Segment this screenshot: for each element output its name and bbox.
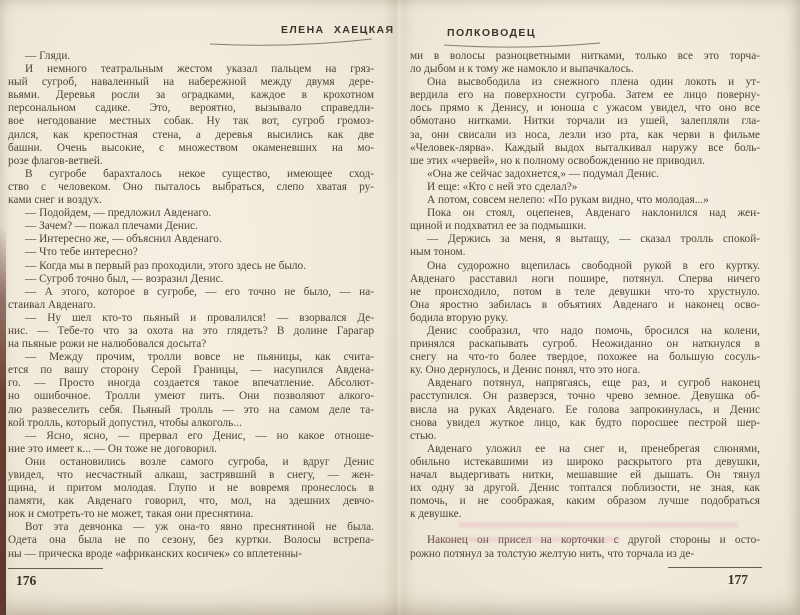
page-number-left: 176 xyxy=(16,573,36,589)
text-line: ками снег и воздух. xyxy=(8,194,374,207)
text-line: их одну за другой. Денис топтался поблиз… xyxy=(410,482,760,495)
text-line: ми в волосы разноцветными нитками, тольк… xyxy=(410,50,760,63)
text-line: «Она же сейчас задохнется,» — подумал Де… xyxy=(410,168,760,181)
page-number-right: 177 xyxy=(696,572,748,588)
text-line: Авденаго потянул, напрягаясь, еще раз, и… xyxy=(410,377,760,390)
text-line: Вот эта девчонка — уж она-то явно пресня… xyxy=(8,521,374,534)
text-line: увидел, что несчастный алкаш, застрявший… xyxy=(8,469,374,482)
text-line: стаивал Авденаго. xyxy=(8,299,374,312)
text-line: — Интересно же, — объяснил Авденаго. xyxy=(8,233,374,246)
text-line: начал выдергивать нитки, мешавшие ей дыш… xyxy=(410,469,760,482)
text-line: вое негодование местных собак. Ну так во… xyxy=(8,115,374,128)
text-line: кой тролль, который допустил, чтобы алко… xyxy=(8,417,374,430)
book-cover-edge xyxy=(0,225,6,615)
text-line: рожно потянул за толстую желтую нить, чт… xyxy=(410,548,760,561)
text-line: бодила вторую руку. xyxy=(410,312,760,325)
text-line: но ошибочное. Тролли умеют пить. Они поз… xyxy=(8,390,374,403)
text-line: персональном садике. Это, вероятно, вызы… xyxy=(8,102,374,115)
text-line: ку. Оно дернулось, и Денис понял, что эт… xyxy=(410,364,760,377)
text-line: Пока он стоял, оцепенев, Авденаго наклон… xyxy=(410,207,760,220)
text-line: Денис сообразил, что надо помочь, бросил… xyxy=(410,325,760,338)
text-line: расступился. Он разверзся, точно чрево з… xyxy=(410,390,760,403)
header-rule-left xyxy=(208,36,374,48)
scan-artifact xyxy=(430,537,620,542)
text-line: — Зачем? — пожал плечами Денис. xyxy=(8,220,374,233)
text-line: Авденаго уложил ее на снег и, пренебрега… xyxy=(410,443,760,456)
text-line: — Сугроб точно был, — возразил Денис. xyxy=(8,273,374,286)
left-page-text: — Гляди.И немного театральным жестом ука… xyxy=(8,50,374,561)
text-line: щиной и подхватил ее за подмышки. xyxy=(410,220,760,233)
text-line: ным тоном. xyxy=(410,246,760,259)
text-line: — Гляди. xyxy=(8,50,374,63)
text-line: Она судорожно вцепилась свободной рукой … xyxy=(410,260,760,273)
text-line: В сугробе барахталось некое существо, им… xyxy=(8,168,374,181)
text-line: ны — прическа вроде «африканских косичек… xyxy=(8,548,374,561)
text-line: И немного театральным жестом указал паль… xyxy=(8,63,374,76)
text-line: — Между прочим, тролли вовсе не пьяницы,… xyxy=(8,351,374,364)
running-header-author: ЕЛЕНА ХАЕЦКАЯ xyxy=(281,24,394,36)
text-line: ется по вашу сторону Серой Границы, — на… xyxy=(8,364,374,377)
text-line: вьями. Деревья росли за оградками, каждо… xyxy=(8,89,374,102)
text-line: снегу на что-то более твердое, похожее н… xyxy=(410,351,760,364)
text-line: на пьяные рожи не налюбовался досыта? xyxy=(8,338,374,351)
text-line: за, они свисали из носа, лезли изо рта, … xyxy=(410,129,760,142)
text-line: ство с человеком. Оно пыталось выбраться… xyxy=(8,181,374,194)
text-line: помочь, и не соображая, каким образом лу… xyxy=(410,495,760,508)
text-line: не происходило, потом в теле девушки что… xyxy=(410,286,760,299)
text-line: ло дыбом и к тому же намокло и выпачкало… xyxy=(410,63,760,76)
text-line: — А этого, которое в сугробе, — его точн… xyxy=(8,286,374,299)
text-line: дился, как крепостная стена, а деревья в… xyxy=(8,129,374,142)
text-line: Авденаго расставил ноги пошире, потянул.… xyxy=(410,273,760,286)
text-line: И еще: «Кто с ней это сделал?» xyxy=(410,181,760,194)
text-line: лю развеселить себя. Пьяный тролль — это… xyxy=(8,404,374,417)
book-scan: ЕЛЕНА ХАЕЦКАЯ ПОЛКОВОДЕЦ — Гляди.И немно… xyxy=(0,0,800,615)
text-line: — Ясно, ясно, — прервал его Денис, — но … xyxy=(8,430,374,443)
text-line: обильно истекавшими из широко раскрытого… xyxy=(410,456,760,469)
text-line: — Держись за меня, я вытащу, — сказал тр… xyxy=(410,233,760,246)
text-line: нок и смотреть-то не может, такая они пр… xyxy=(8,508,374,521)
text-line: снова увидел жуткое лицо, как будто поро… xyxy=(410,417,760,430)
right-page-text: ми в волосы разноцветными нитками, тольк… xyxy=(410,50,760,561)
text-line: — Ну шел кто-то пьяный и провалился! — в… xyxy=(8,312,374,325)
text-line: к девушке. xyxy=(410,508,760,521)
text-line: памяти, как Авденаго говорил, что, мол, … xyxy=(8,495,374,508)
running-header-title: ПОЛКОВОДЕЦ xyxy=(447,27,536,39)
text-line: розе флагов-ветвей. xyxy=(8,155,374,168)
text-line: — Подойдем, — предложил Авденаго. xyxy=(8,207,374,220)
footer-rule-right xyxy=(668,567,762,568)
text-line: Они остановились возле самого сугроба, и… xyxy=(8,456,374,469)
text-line: ние это имеет к... — Он тоже не договори… xyxy=(8,443,374,456)
text-line: ше этих «червей», но к полному освобожде… xyxy=(410,155,760,168)
text-line: Она высвободила из снежного плена один л… xyxy=(410,76,760,89)
text-line: — Что тебе интересно? xyxy=(8,246,374,259)
text-line: «Человек-лярва». Каждый выдох выталкивал… xyxy=(410,142,760,155)
text-line: нис. — Тебе-то что за охота на это гляде… xyxy=(8,325,374,338)
text-line: — Когда мы в первый раз проходили, этого… xyxy=(8,260,374,273)
text-line: щина, и притом молодая. Глупо и не вовре… xyxy=(8,482,374,495)
text-line: башни. Очень высокие, с множеством окаме… xyxy=(8,142,374,155)
text-line: вердила его на поверхности сугроба. Зате… xyxy=(410,89,760,102)
text-line: А потом, совсем нелепо: «По рукам видно,… xyxy=(410,194,760,207)
text-line: Одета она была не по сезону, без куртки.… xyxy=(8,534,374,547)
text-line: обмотано нитками. Нитки торчали из ушей,… xyxy=(410,115,760,128)
text-line: висла на руках Авденаго. Ее голова запро… xyxy=(410,404,760,417)
text-line: ный сугроб, наваленный на набережной меж… xyxy=(8,76,374,89)
text-line: го. — Просто иногда создается такое впеч… xyxy=(8,377,374,390)
text-line: принялся раскапывать сугроб. Неожиданно … xyxy=(410,338,760,351)
text-line: стью. xyxy=(410,430,760,443)
text-line: лось прямо к Денису, и юноша с ужасом ув… xyxy=(410,102,760,115)
footer-rule-left xyxy=(8,568,103,569)
scan-artifact xyxy=(458,522,738,528)
text-line: Она яростно забилась в объятиях Авденаго… xyxy=(410,299,760,312)
